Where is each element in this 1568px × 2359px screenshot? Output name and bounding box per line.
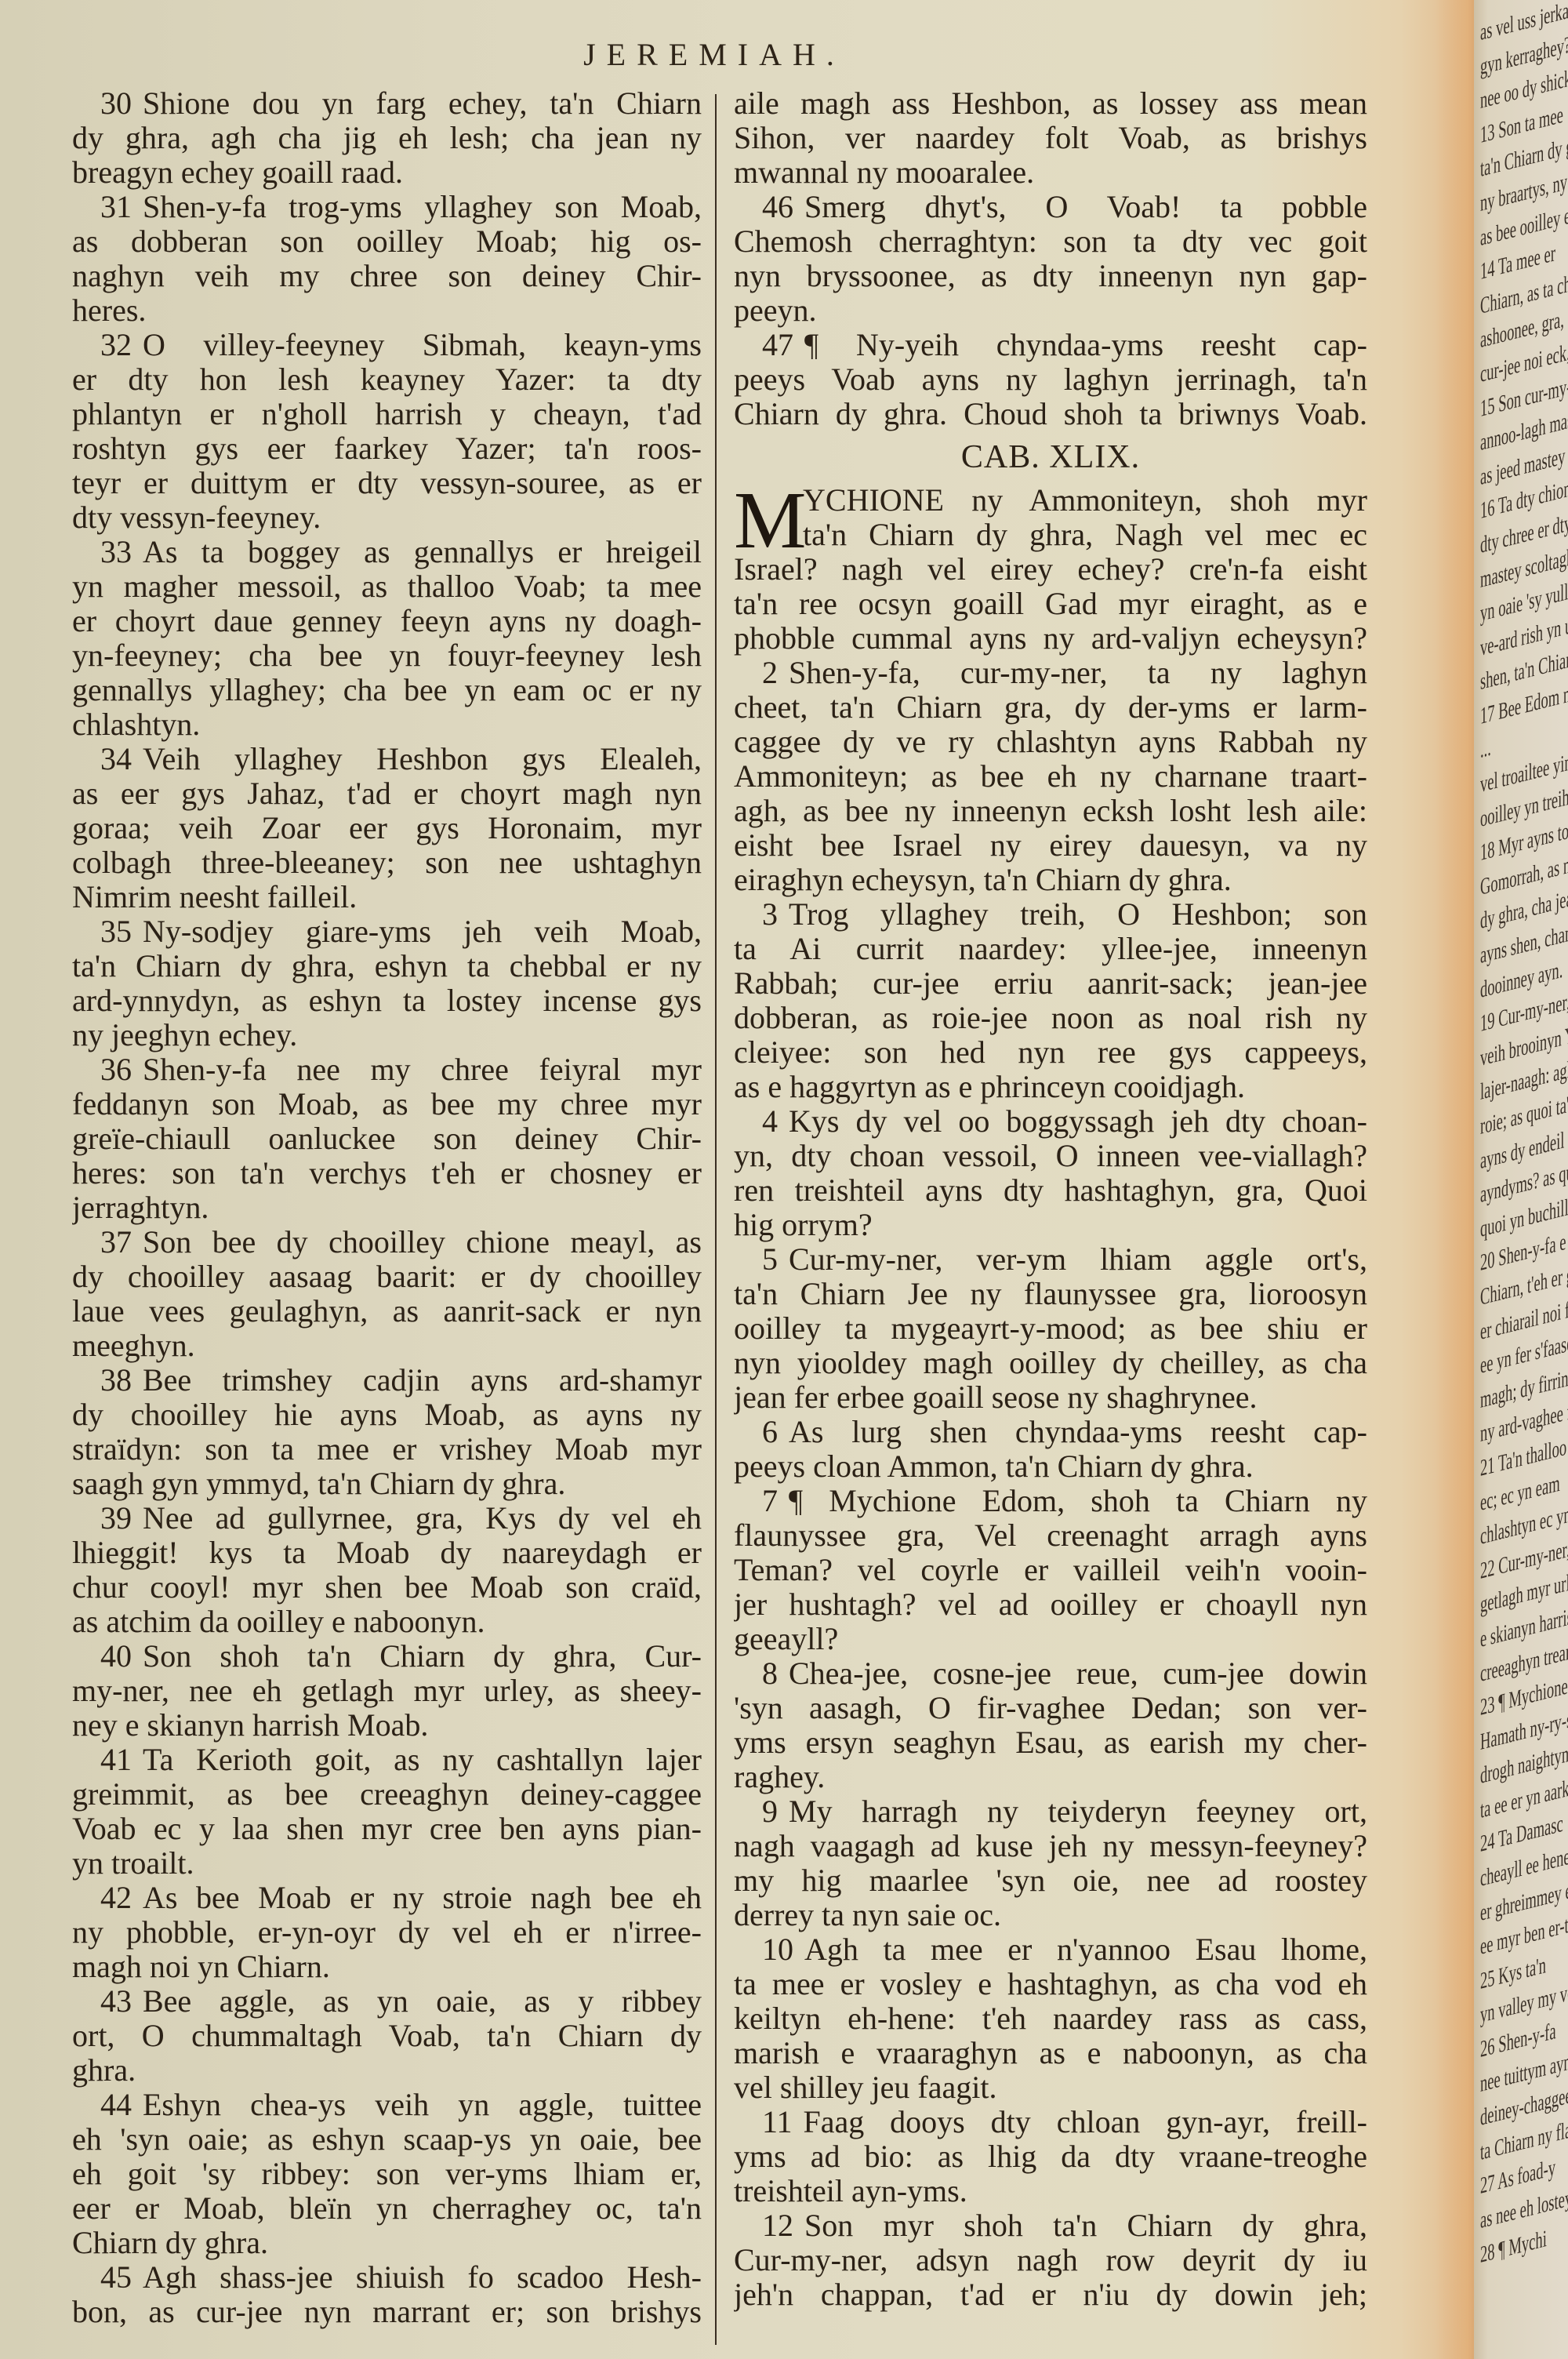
text-line: Israel? nagh vel eirey echey? cre'n-fa e… [734,552,1367,587]
verse-text: nyn yiooldey magh ooilley dy cheilley, a… [734,1346,1367,1380]
verse-start-line: 44Eshyn chea-ys veih yn aggle, tuittee [72,2088,702,2122]
text-line: dy chooilley aasaag baarit: er dy chooil… [72,1259,702,1294]
verse-start-line: 34Veih yllaghey Heshbon gys Elealeh, [72,742,702,776]
verse-text: 'syn aasagh, O fir-vaghee Dedan; son ver… [734,1691,1367,1725]
verse-text: Smerg dhyt's, O Voab! ta pobble [804,190,1367,224]
text-line: raghey. [734,1760,1367,1794]
verse-number: 12 [762,2208,793,2243]
verse-text: Cur-my-ner, adsyn nagh row deyrit dy iu [734,2243,1367,2277]
verse-text: chur cooyl! myr shen bee Moab son craïd, [72,1570,702,1605]
verse-number: 33 [100,535,132,569]
text-line: keiltyn eh-hene: t'eh naardey rass as ca… [734,2001,1367,2036]
verse-text: eer er Moab, bleïn yn cherraghey oc, ta'… [72,2191,702,2226]
verse-text: as atchim da ooilley e naboonyn. [72,1605,485,1639]
text-line: ny jeeghyn echey. [72,1018,702,1052]
verse-text: ren treishteil ayns dty hashtaghyn, gra,… [734,1173,1367,1208]
text-line: gennallys yllaghey; cha bee yn eam oc er… [72,673,702,707]
verse-text: ghra. [72,2053,136,2088]
verse-text: Chea-jee, cosne-jee reue, cum-jee dowin [789,1656,1367,1691]
verse-text: eisht bee Israel ny eirey dauesyn, va ny [734,828,1367,863]
verse-text: Ammoniteyn; as bee eh ny charnane traart… [734,759,1367,794]
verse-text: as eer gys Jahaz, t'ad er choyrt magh ny… [72,776,702,811]
verse-text: Sihon, ver naardey folt Voab, as brishys [734,121,1367,155]
verse-text: Teman? vel coyrle er vailleil veih'n voo… [734,1553,1367,1587]
verse-start-line: 32O villey-feeyney Sibmah, keayn-yms [72,328,702,362]
text-line: greimmit, as bee creeaghyn deiney-caggee [72,1777,702,1812]
verse-number: 10 [762,1932,793,1967]
text-line: as atchim da ooilley e naboonyn. [72,1605,702,1639]
verse-number: 46 [762,190,793,224]
verse-text: vel shilley jeu faagit. [734,2070,996,2105]
verse-text: yms ersyn seaghyn Esau, as earish my che… [734,1725,1367,1760]
text-line: as dobberan son ooilley Moab; hig os- [72,224,702,259]
text-line: eh goit 'sy ribbey: son ver-yms lhiam er… [72,2157,702,2191]
verse-number: 32 [100,328,132,362]
verse-start-line: 42As bee Moab er ny stroie nagh bee eh [72,1881,702,1915]
verse-text: nyn bryssoonee, as dty inneenyn nyn gap- [734,259,1367,293]
adjacent-page-text: as vel uss jerkalgyn kerraghey?nee oo dy… [1480,0,1568,2272]
verse-text: straïdyn: son ta mee er vrishey Moab myr [72,1432,702,1467]
text-line: dy ghra, agh cha jig eh lesh; cha jean n… [72,121,702,155]
verse-text: geeayll? [734,1622,838,1656]
text-line: Ammoniteyn; as bee eh ny charnane traart… [734,759,1367,794]
verse-text: ta Ai currit naardey: yllee-jee, inneeny… [734,932,1367,966]
verse-text: ta'n Chiarn Jee ny flaunyssee gra, lioro… [734,1277,1367,1311]
verse-text: my hig maarlee 'syn oie, nee ad roostey [734,1863,1367,1898]
text-line: flaunyssee gra, Vel creenaght arragh ayn… [734,1518,1367,1553]
verse-text: Nimrim neesht failleil. [72,880,357,914]
text-line: as e haggyrtyn as e phrinceyn cooidjagh. [734,1070,1367,1104]
text-line: breagyn echey goaill raad. [72,155,702,190]
verse-text: yn, dty choan vessoil, O inneen vee-vial… [734,1139,1367,1173]
verse-text: dy chooilley hie ayns Moab, as ayns ny [72,1398,702,1432]
verse-text: feddanyn son Moab, as bee my chree myr [72,1087,702,1121]
verse-text: greimmit, as bee creeaghyn deiney-caggee [72,1777,702,1812]
text-line: teyr er duittym er dty vessyn-souree, as… [72,466,702,500]
verse-text: dy chooilley aasaag baarit: er dy chooil… [72,1259,702,1294]
verse-text: my-ner, nee eh getlagh myr urley, as she… [72,1674,702,1708]
verse-number: 7 [762,1484,778,1518]
text-line: Teman? vel coyrle er vailleil veih'n voo… [734,1553,1367,1587]
text-line: feddanyn son Moab, as bee my chree myr [72,1087,702,1121]
text-line: roshtyn gys eer faarkey Yazer; ta'n roos… [72,431,702,466]
verse-start-line: 47¶ Ny-yeih chyndaa-yms reesht cap- [734,328,1367,362]
verse-text: dobberan, as roie-jee noon as noal rish … [734,1001,1367,1035]
verse-text: O villey-feeyney Sibmah, keayn-yms [143,328,702,362]
verse-number: 43 [100,1984,132,2019]
text-line: ta mee er vosley e hashtaghyn, as cha vo… [734,1967,1367,2001]
verse-text: laue vees geulaghyn, as aanrit-sack er n… [72,1294,702,1329]
text-line: chur cooyl! myr shen bee Moab son craïd, [72,1570,702,1605]
verse-text: jeh'n chappan, t'ad er n'iu dy dowin jeh… [734,2277,1367,2312]
text-line: yn, dty choan vessoil, O inneen vee-vial… [734,1139,1367,1173]
verse-text: Bee trimshey cadjin ayns ard-shamyr [143,1363,702,1398]
verse-number: 4 [762,1104,778,1139]
verse-text: Chemosh cherraghtyn: son ta dty vec goit [734,224,1367,259]
verse-text: ¶ Mychione Edom, shoh ta Chiarn ny [789,1484,1367,1518]
verse-text: eh 'syn oaie; as eshyn scaap-ys yn oaie,… [72,2122,702,2157]
text-line: 'syn aasagh, O fir-vaghee Dedan; son ver… [734,1691,1367,1725]
verse-text: ta'n ree ocsyn goaill Gad myr eiraght, a… [734,587,1367,621]
drop-cap: M [734,488,806,554]
verse-number: 47 [762,328,793,362]
text-line: hig orrym? [734,1208,1367,1242]
text-line: yn magher messoil, as thalloo Voab; ta m… [72,569,702,604]
opening-line: ta'n Chiarn dy ghra, Nagh vel mec ec [734,518,1367,552]
verse-start-line: 30Shione dou yn farg echey, ta'n Chiarn [72,86,702,121]
text-line: Nimrim neesht failleil. [72,880,702,914]
verse-number: 5 [762,1242,778,1277]
verse-text: eiraghyn echeysyn, ta'n Chiarn dy ghra. [734,863,1232,897]
verse-text: meeghyn. [72,1329,195,1363]
verse-start-line: 35Ny-sodjey giare-yms jeh veih Moab, [72,914,702,949]
verse-text: naghyn veih my chree son deiney Chir- [72,259,702,293]
text-line: colbagh three-bleeaney; son nee ushtaghy… [72,845,702,880]
verse-text: hig orrym? [734,1208,873,1242]
verse-text: ort, O chummaltagh Voab, ta'n Chiarn dy [72,2019,702,2053]
verse-start-line: 9My harragh ny teiyderyn feeyney ort, [734,1794,1367,1829]
left-column: 30Shione dou yn farg echey, ta'n Chiarnd… [72,86,702,2329]
text-line: ta'n Chiarn Jee ny flaunyssee gra, lioro… [734,1277,1367,1311]
verse-text: jerraghtyn. [72,1190,209,1225]
right-column: aile magh ass Heshbon, as lossey ass mea… [734,86,1367,2312]
text-line: ren treishteil ayns dty hashtaghyn, gra,… [734,1173,1367,1208]
verse-start-line: 39Nee ad gullyrnee, gra, Kys dy vel eh [72,1501,702,1536]
text-line: geeayll? [734,1622,1367,1656]
verse-number: 9 [762,1794,778,1829]
verses-before-chapter: aile magh ass Heshbon, as lossey ass mea… [734,86,1367,431]
text-line: ta Ai currit naardey: yllee-jee, inneeny… [734,932,1367,966]
text-line: jean fer erbee goaill seose ny shaghryne… [734,1380,1367,1415]
verse-start-line: 46Smerg dhyt's, O Voab! ta pobble [734,190,1367,224]
verse-text: ooilley ta mygeayrt-y-mood; as bee shiu … [734,1311,1367,1346]
text-line: Voab ec y laa shen myr cree ben ayns pia… [72,1812,702,1846]
text-line: greïe-chiaull oanluckee son deiney Chir- [72,1121,702,1156]
verse-number: 11 [762,2105,793,2139]
verse-number: 30 [100,86,132,121]
verse-text: nagh vaagagh ad kuse jeh ny messyn-feeyn… [734,1829,1367,1863]
verse-start-line: 2Shen-y-fa, cur-my-ner, ta ny laghyn [734,656,1367,690]
text-line: magh noi yn Chiarn. [72,1950,702,1984]
text-line: ort, O chummaltagh Voab, ta'n Chiarn dy [72,2019,702,2053]
verse-text: marish e vraaraghyn as e naboonyn, as ch… [734,2036,1367,2070]
verse-start-line: 12Son myr shoh ta'n Chiarn dy ghra, [734,2208,1367,2243]
verse-text: keiltyn eh-hene: t'eh naardey rass as ca… [734,2001,1367,2036]
verse-text: ¶ Ny-yeih chyndaa-yms reesht cap- [804,328,1367,362]
text-line: meeghyn. [72,1329,702,1363]
verse-start-line: 37Son bee dy chooilley chione meayl, as [72,1225,702,1259]
text-line: heres. [72,293,702,328]
text-line: dty vessyn-feeyney. [72,500,702,535]
verse-number: 36 [100,1052,132,1087]
text-line: eer er Moab, bleïn yn cherraghey oc, ta'… [72,2191,702,2226]
verse-start-line: 36Shen-y-fa nee my chree feiyral myr [72,1052,702,1087]
verse-text: Shen-y-fa, cur-my-ner, ta ny laghyn [789,656,1367,690]
verse-text: Shione dou yn farg echey, ta'n Chiarn [143,86,702,121]
verse-text: gennallys yllaghey; cha bee yn eam oc er… [72,673,702,707]
verse-text: phlantyn er n'gholl harrish y cheayn, t'… [72,397,702,431]
verse-text: My harragh ny teiyderyn feeyney ort, [789,1794,1367,1829]
text-line: ooilley ta mygeayrt-y-mood; as bee shiu … [734,1311,1367,1346]
verse-text: treishteil ayn-yms. [734,2174,967,2208]
verse-text: Nee ad gullyrnee, gra, Kys dy vel eh [143,1501,702,1536]
verse-text: chlashtyn. [72,707,200,742]
verse-text: As lurg shen chyndaa-yms reesht cap- [789,1415,1367,1449]
verse-text: ta mee er vosley e hashtaghyn, as cha vo… [734,1967,1367,2001]
text-line: chlashtyn. [72,707,702,742]
verse-text: Chiarn dy ghra. Choud shoh ta briwnys Vo… [734,397,1367,431]
text-line: cleiyee: son hed nyn ree gys cappeeys, [734,1035,1367,1070]
verse-text: Chiarn dy ghra. [72,2226,268,2260]
verse-text: bon, as cur-jee nyn marrant er; son bris… [72,2295,702,2329]
text-line: ard-ynnydyn, as eshyn ta lostey incense … [72,983,702,1018]
text-line: aile magh ass Heshbon, as lossey ass mea… [734,86,1367,121]
verse-text: Eshyn chea-ys veih yn aggle, tuittee [143,2088,702,2122]
text-line: Chemosh cherraghtyn: son ta dty vec goit [734,224,1367,259]
verse-text: caggee dy ve ry chlashtyn ayns Rabbah ny [734,725,1367,759]
verse-start-line: 8Chea-jee, cosne-jee reue, cum-jee dowin [734,1656,1367,1691]
text-line: jerraghtyn. [72,1190,702,1225]
text-line: ghra. [72,2053,702,2088]
text-line: phlantyn er n'gholl harrish y cheayn, t'… [72,397,702,431]
text-line: jeh'n chappan, t'ad er n'iu dy dowin jeh… [734,2277,1367,2312]
text-line: peeys cloan Ammon, ta'n Chiarn dy ghra. [734,1449,1367,1484]
verse-text: Veih yllaghey Heshbon gys Elealeh, [143,742,702,776]
verse-text: Ny-sodjey giare-yms jeh veih Moab, [143,914,702,949]
verse-number: 6 [762,1415,778,1449]
text-line: yms ad bio: as lhig da dty vraane-treogh… [734,2139,1367,2174]
verse-text: Son bee dy chooilley chione meayl, as [143,1225,702,1259]
text-line: marish e vraaraghyn as e naboonyn, as ch… [734,2036,1367,2070]
verse-text: dty vessyn-feeyney. [72,500,321,535]
text-line: eisht bee Israel ny eirey dauesyn, va ny [734,828,1367,863]
text-line: naghyn veih my chree son deiney Chir- [72,259,702,293]
text-line: yms ersyn seaghyn Esau, as earish my che… [734,1725,1367,1760]
verse-text: ney e skianyn harrish Moab. [72,1708,428,1743]
text-line: caggee dy ve ry chlashtyn ayns Rabbah ny [734,725,1367,759]
text-line: ta'n Chiarn dy ghra, eshyn ta chebbal er… [72,949,702,983]
verse-text: Israel? nagh vel eirey echey? cre'n-fa e… [734,552,1367,587]
chapter-heading: CAB. XLIX. [734,431,1367,483]
text-line: ney e skianyn harrish Moab. [72,1708,702,1743]
verse-text: Ta Kerioth goit, as ny cashtallyn lajer [143,1743,702,1777]
text-line: Chiarn dy ghra. Choud shoh ta briwnys Vo… [734,397,1367,431]
text-line: nagh vaagagh ad kuse jeh ny messyn-feeyn… [734,1829,1367,1863]
verse-text: ard-ynnydyn, as eshyn ta lostey incense … [72,983,702,1018]
column-divider [715,94,717,2345]
verse-text: ny jeeghyn echey. [72,1018,297,1052]
verse-number: 39 [100,1501,132,1536]
verse-text: Kys dy vel oo boggyssagh jeh dty choan- [789,1104,1367,1139]
verse-text: As bee Moab er ny stroie nagh bee eh [143,1881,702,1915]
text-line: dobberan, as roie-jee noon as noal rish … [734,1001,1367,1035]
verse-text: yn magher messoil, as thalloo Voab; ta m… [72,569,702,604]
verse-text: peeys Voab ayns ny laghyn jerrinagh, ta'… [734,362,1367,397]
verse-text: breagyn echey goaill raad. [72,155,403,190]
verse-start-line: 41Ta Kerioth goit, as ny cashtallyn laje… [72,1743,702,1777]
verse-number: 3 [762,897,778,932]
text-line: my-ner, nee eh getlagh myr urley, as she… [72,1674,702,1708]
text-line: laue vees geulaghyn, as aanrit-sack er n… [72,1294,702,1329]
verse-text: magh noi yn Chiarn. [72,1950,330,1984]
text-line: heres: son ta'n verchys t'eh er chosney … [72,1156,702,1190]
book-page: JEREMIAH. 30Shione dou yn farg echey, ta… [0,0,1474,2359]
verse-text: greïe-chiaull oanluckee son deiney Chir- [72,1121,702,1156]
verse-text: colbagh three-bleeaney; son nee ushtaghy… [72,845,702,880]
verse-start-line: 4Kys dy vel oo boggyssagh jeh dty choan- [734,1104,1367,1139]
text-line: Sihon, ver naardey folt Voab, as brishys [734,121,1367,155]
verse-number: 8 [762,1656,778,1691]
verse-text: as e haggyrtyn as e phrinceyn cooidjagh. [734,1070,1245,1104]
verse-number: 38 [100,1363,132,1398]
verse-text: saagh gyn ymmyd, ta'n Chiarn dy ghra. [72,1467,565,1501]
verse-text: Voab ec y laa shen myr cree ben ayns pia… [72,1812,702,1846]
verse-start-line: 31Shen-y-fa trog-yms yllaghey son Moab, [72,190,702,224]
text-line: my hig maarlee 'syn oie, nee ad roostey [734,1863,1367,1898]
verse-text: dy ghra, agh cha jig eh lesh; cha jean n… [72,121,702,155]
text-line: Chiarn dy ghra. [72,2226,702,2260]
verses-after-chapter: Israel? nagh vel eirey echey? cre'n-fa e… [734,552,1367,2312]
verse-number: 35 [100,914,132,949]
verse-text: Son shoh ta'n Chiarn dy ghra, Cur- [143,1639,702,1674]
verse-number: 34 [100,742,132,776]
verse-number: 40 [100,1639,132,1674]
verse-text: er choyrt daue genney feeyn ayns ny doag… [72,604,702,638]
verse-text: cheet, ta'n Chiarn gra, dy der-yms er la… [734,690,1367,725]
verse-start-line: 3Trog yllaghey treih, O Heshbon; son [734,897,1367,932]
text-line: nyn bryssoonee, as dty inneenyn nyn gap- [734,259,1367,293]
text-line: er choyrt daue genney feeyn ayns ny doag… [72,604,702,638]
verse-text: Faag dooys dty chloan gyn-ayr, freill- [804,2105,1367,2139]
text-line: yn troailt. [72,1846,702,1881]
verse-text: flaunyssee gra, Vel creenaght arragh ayn… [734,1518,1367,1553]
adjacent-page-edge: as vel uss jerkalgyn kerraghey?nee oo dy… [1474,0,1568,2359]
verse-number: 44 [100,2088,132,2122]
verse-text: Bee aggle, as yn oaie, as y ribbey [143,1984,702,2019]
text-line: ny phobble, er-yn-oyr dy vel eh er n'irr… [72,1915,702,1950]
text-line: er dty hon lesh keayney Yazer: ta dty [72,362,702,397]
verse-text: phobble cummal ayns ny ard-valjyn echeys… [734,621,1367,656]
text-line: Rabbah; cur-jee erriu aanrit-sack; jean-… [734,966,1367,1001]
verse-start-line: 11Faag dooys dty chloan gyn-ayr, freill- [734,2105,1367,2139]
verse-text: eh goit 'sy ribbey: son ver-yms lhiam er… [72,2157,702,2191]
verse-start-line: 40Son shoh ta'n Chiarn dy ghra, Cur- [72,1639,702,1674]
text-line: vel shilley jeu faagit. [734,2070,1367,2105]
text-line: Cur-my-ner, adsyn nagh row deyrit dy iu [734,2243,1367,2277]
verse-number: 45 [100,2260,132,2295]
verse-text: yn troailt. [72,1846,194,1881]
verse-text: jean fer erbee goaill seose ny shaghryne… [734,1380,1257,1415]
text-line: dy chooilley hie ayns Moab, as ayns ny [72,1398,702,1432]
verse-text: Son myr shoh ta'n Chiarn dy ghra, [804,2208,1367,2243]
verse-text: heres: son ta'n verchys t'eh er chosney … [72,1156,702,1190]
verse-text: goraa; veih Zoar eer gys Horonaim, myr [72,811,702,845]
verse-text: Rabbah; cur-jee erriu aanrit-sack; jean-… [734,966,1367,1001]
text-line: eh 'syn oaie; as eshyn scaap-ys yn oaie,… [72,2122,702,2157]
text-line: jer hushtagh? vel ad ooilley er choayll … [734,1587,1367,1622]
text-line: peeyn. [734,293,1367,328]
verse-text: Agh shass-jee shiuish fo scadoo Hesh- [143,2260,702,2295]
text-line: yn-feeyney; cha bee yn fouyr-feeyney les… [72,638,702,673]
verse-number: 31 [100,190,132,224]
verse-text: raghey. [734,1760,825,1794]
text-line: eiraghyn echeysyn, ta'n Chiarn dy ghra. [734,863,1367,897]
verse-text: ta'n Chiarn dy ghra, eshyn ta chebbal er… [72,949,702,983]
verse-text: As ta boggey as gennallys er hreigeil [143,535,702,569]
verse-text: Shen-y-fa trog-yms yllaghey son Moab, [143,190,702,224]
text-line: as eer gys Jahaz, t'ad er choyrt magh ny… [72,776,702,811]
verse-text: lhieggit! kys ta Moab dy naareydagh er [72,1536,702,1570]
verse-text: roshtyn gys eer faarkey Yazer; ta'n roos… [72,431,702,466]
verse-text: teyr er duittym er dty vessyn-souree, as… [72,466,702,500]
verse-start-line: 5Cur-my-ner, ver-ym lhiam aggle ort's, [734,1242,1367,1277]
text-line: treishteil ayn-yms. [734,2174,1367,2208]
verse-text: as dobberan son ooilley Moab; hig os- [72,224,702,259]
verse-start-line: 6As lurg shen chyndaa-yms reesht cap- [734,1415,1367,1449]
text-line: derrey ta nyn saie oc. [734,1898,1367,1932]
verse-start-line: 45Agh shass-jee shiuish fo scadoo Hesh- [72,2260,702,2295]
verse-text: mwannal ny mooaralee. [734,155,1034,190]
verse-text: yms ad bio: as lhig da dty vraane-treogh… [734,2139,1367,2174]
verse-text: Trog yllaghey treih, O Heshbon; son [789,897,1367,932]
verse-start-line: 38Bee trimshey cadjin ayns ard-shamyr [72,1363,702,1398]
verse-text: er dty hon lesh keayney Yazer: ta dty [72,362,702,397]
text-line: phobble cummal ayns ny ard-valjyn echeys… [734,621,1367,656]
verse-text: Shen-y-fa nee my chree feiyral myr [143,1052,702,1087]
verse-text: aile magh ass Heshbon, as lossey ass mea… [734,86,1367,121]
text-line: mwannal ny mooaralee. [734,155,1367,190]
text-line: bon, as cur-jee nyn marrant er; son bris… [72,2295,702,2329]
text-line: nyn yiooldey magh ooilley dy cheilley, a… [734,1346,1367,1380]
text-line: goraa; veih Zoar eer gys Horonaim, myr [72,811,702,845]
text-line: cheet, ta'n Chiarn gra, dy der-yms er la… [734,690,1367,725]
verse-start-line: 33As ta boggey as gennallys er hreigeil [72,535,702,569]
text-line: ta'n ree ocsyn goaill Gad myr eiraght, a… [734,587,1367,621]
verse-start-line: 7¶ Mychione Edom, shoh ta Chiarn ny [734,1484,1367,1518]
text-line: saagh gyn ymmyd, ta'n Chiarn dy ghra. [72,1467,702,1501]
verse-text: yn-feeyney; cha bee yn fouyr-feeyney les… [72,638,702,673]
verse-number: 37 [100,1225,132,1259]
verse-text: ny phobble, er-yn-oyr dy vel eh er n'irr… [72,1915,702,1950]
text-line: peeys Voab ayns ny laghyn jerrinagh, ta'… [734,362,1367,397]
verse-start-line: 10Agh ta mee er n'yannoo Esau lhome, [734,1932,1367,1967]
verse-text: agh, as bee ny inneenyn ecksh losht lesh… [734,794,1367,828]
verse-number: 2 [762,656,778,690]
text-line: straïdyn: son ta mee er vrishey Moab myr [72,1432,702,1467]
verse-text: Cur-my-ner, ver-ym lhiam aggle ort's, [789,1242,1367,1277]
verse-start-line: 43Bee aggle, as yn oaie, as y ribbey [72,1984,702,2019]
verse-text: jer hushtagh? vel ad ooilley er choayll … [734,1587,1367,1622]
opening-line: YCHIONE ny Ammoniteyn, shoh myr [734,483,1367,518]
text-line: agh, as bee ny inneenyn ecksh losht lesh… [734,794,1367,828]
verse-text: cleiyee: son hed nyn ree gys cappeeys, [734,1035,1367,1070]
verse-text: derrey ta nyn saie oc. [734,1898,1001,1932]
running-head: JEREMIAH. [0,36,1428,73]
chapter-opening: M YCHIONE ny Ammoniteyn, shoh myr ta'n C… [734,483,1367,552]
verse-text: Agh ta mee er n'yannoo Esau lhome, [804,1932,1367,1967]
verse-number: 42 [100,1881,132,1915]
verse-text: peeyn. [734,293,817,328]
verse-text: peeys cloan Ammon, ta'n Chiarn dy ghra. [734,1449,1254,1484]
verse-text: heres. [72,293,146,328]
text-line: lhieggit! kys ta Moab dy naareydagh er [72,1536,702,1570]
verse-number: 41 [100,1743,132,1777]
